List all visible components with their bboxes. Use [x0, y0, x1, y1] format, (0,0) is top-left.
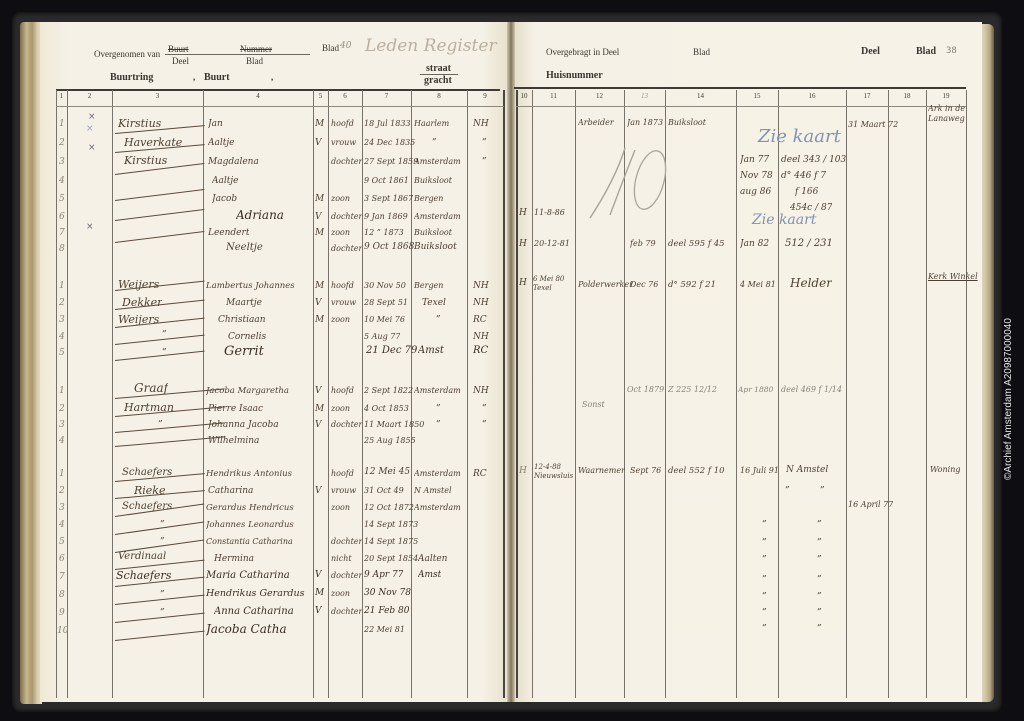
buurt-label-struck: Buurt: [168, 44, 189, 54]
col-line: [112, 90, 113, 698]
x-mark: ×: [88, 112, 96, 122]
birth-date: 14 Sept 1873: [364, 520, 418, 529]
row-number: 7: [59, 228, 65, 238]
birth-place: ”: [436, 404, 441, 414]
birth-date: 24 Dec 1835: [364, 138, 415, 147]
given-name: Maria Catharina: [206, 570, 290, 581]
ditto-mark: ”: [817, 608, 822, 618]
col-line: [67, 90, 68, 698]
religion: ”: [482, 157, 487, 167]
death-date: 16 April 77: [848, 500, 893, 509]
birth-date: 12 Mei 45: [364, 467, 410, 477]
status-code: H: [519, 239, 527, 249]
departure-date: 16 Juli 91: [740, 466, 779, 475]
row-number: 5: [59, 348, 65, 358]
relation: zoon: [331, 404, 350, 413]
col-line: [313, 90, 314, 698]
relation: dochter: [331, 537, 362, 546]
sex: M: [315, 119, 324, 129]
surname: ”: [162, 348, 167, 358]
col-line: [966, 90, 967, 698]
deel-label-right: Deel: [861, 46, 880, 57]
arrival-date: Sept 76: [630, 466, 661, 475]
given-name: Christiaan: [218, 315, 266, 325]
given-name: Hendrikus Antonius: [206, 469, 292, 479]
remarks: Woning: [930, 465, 960, 474]
ditto-mark: ”: [762, 555, 767, 565]
relation: hoofd: [331, 281, 354, 290]
row-number: 8: [59, 244, 65, 254]
birth-date: 9 Oct 1868: [364, 242, 414, 252]
departure-place: N Amstel: [786, 465, 828, 475]
col-num-6: 6: [328, 92, 362, 106]
relation: dochter: [331, 157, 362, 166]
row-number: 2: [59, 138, 65, 148]
religion: RC: [473, 315, 487, 325]
page-edges-left: [20, 22, 42, 704]
col-line: [888, 90, 889, 698]
col-num-16: 16: [778, 92, 846, 106]
header-divider: [165, 54, 310, 55]
religion: NH: [473, 332, 489, 342]
relation: dochter: [331, 607, 362, 616]
row-number: 8: [59, 590, 65, 600]
birth-date: 18 Jul 1833: [364, 119, 411, 128]
ditto-mark: ”: [762, 608, 767, 618]
given-name: Hermina: [214, 554, 254, 564]
blad-value: 40: [340, 41, 351, 51]
departure-ref: f 166: [795, 187, 818, 197]
zie-kaart-note: Zie kaart: [752, 212, 816, 228]
row-number: 1: [59, 469, 65, 479]
departure-date: Apr 1880: [738, 385, 773, 394]
col-line: [503, 90, 505, 698]
ditto-mark: ”: [817, 624, 822, 634]
col-num-14: 14: [665, 92, 736, 106]
ditto-mark: ”: [817, 592, 822, 602]
departure-date: aug 86: [740, 187, 771, 197]
birth-place: Amsterdam: [414, 386, 461, 395]
ditto-mark: ”: [817, 555, 822, 565]
sex: V: [315, 298, 322, 308]
relation: zoon: [331, 228, 350, 237]
row-number: 2: [59, 298, 65, 308]
row-number: 3: [59, 157, 65, 167]
ditto-mark: ”: [762, 624, 767, 634]
straat-label: straat: [426, 63, 451, 74]
birth-date: 2 Sept 1822: [364, 386, 413, 395]
sex: M: [315, 228, 324, 238]
relation: zoon: [331, 503, 350, 512]
occupation: Sonst: [582, 400, 605, 409]
birth-place: Aalten: [418, 554, 447, 564]
religion: NH: [473, 281, 489, 291]
col-line: [203, 90, 204, 698]
given-name: Jacoba Catha: [206, 622, 287, 636]
blad-label: Blad: [322, 43, 339, 53]
given-name: Jan: [208, 119, 223, 129]
sex: V: [315, 386, 322, 396]
given-name: Jacoba Margaretha: [206, 386, 289, 396]
birth-date: 11 Maart 1850: [364, 420, 424, 429]
birth-place: Amsterdam: [414, 469, 461, 478]
relation: vrouw: [331, 298, 356, 307]
x-mark: ×: [86, 222, 94, 232]
birth-place: Buiksloot: [414, 228, 452, 237]
sex: V: [315, 606, 322, 616]
col-num-18: 18: [888, 92, 926, 106]
birth-date: 3 Sept 1867: [364, 194, 413, 203]
col-line: [575, 90, 576, 698]
relation: dochter: [331, 571, 362, 580]
col-num-1: 1: [56, 92, 67, 106]
birth-date: 14 Sept 1875: [364, 537, 418, 546]
page-edges-right: [980, 24, 994, 702]
row-number: 4: [59, 520, 65, 530]
given-name: Lambertus Johannes: [206, 281, 295, 291]
birth-date: 9 Oct 1861: [364, 176, 409, 185]
status-date: 20-12-81: [534, 239, 570, 248]
col-line: [516, 90, 518, 698]
departure-date: Jan 77: [740, 155, 769, 165]
comma-1: ,: [193, 72, 195, 82]
birth-place: Amsterdam: [414, 212, 461, 221]
given-name: Pierre Isaac: [208, 404, 263, 414]
ditto-mark: ”: [817, 538, 822, 548]
birth-date: 27 Sept 1859: [364, 157, 418, 166]
ditto-mark: ”: [762, 538, 767, 548]
row-number: 4: [59, 332, 65, 342]
given-name: Magdalena: [208, 157, 259, 167]
status-date: 11-8-86: [534, 208, 565, 217]
x-mark: ×: [88, 143, 96, 153]
ditto-mark: ”: [762, 575, 767, 585]
remarks: Ark in de Lanaweg: [928, 104, 968, 124]
relation: hoofd: [331, 119, 354, 128]
surname: Kirstius: [124, 154, 167, 167]
birth-date: 9 Apr 77: [364, 570, 403, 580]
table-top-rule-left: [56, 89, 500, 91]
col-num-13: 13: [624, 92, 665, 106]
given-name: Hendrikus Gerardus: [206, 588, 305, 599]
given-name: Constantia Catharina: [206, 537, 293, 546]
departure-ref: d° 446 f 7: [781, 171, 826, 181]
birth-date: 28 Sept 51: [364, 298, 408, 307]
birth-date: 31 Oct 49: [364, 486, 404, 495]
birth-place: Haarlem: [414, 119, 449, 128]
arrival-ref: deel 595 f 45: [668, 239, 725, 249]
sex: M: [315, 194, 324, 204]
birth-date: 22 Mei 81: [364, 625, 405, 634]
row-number: 3: [59, 315, 65, 325]
birth-place: Bergen: [414, 281, 443, 290]
given-name: Adriana: [236, 208, 284, 222]
buurtring-label: Buurtring: [110, 72, 153, 83]
birth-place: ”: [432, 138, 437, 148]
birth-place: Amsterdam: [414, 157, 461, 166]
given-name: Johannes Leonardus: [206, 520, 294, 530]
overgenomen-van-label: Overgenomen van: [94, 49, 160, 59]
page-number: 38: [946, 46, 957, 56]
col-line: [736, 90, 737, 698]
occupation: Arbeider: [578, 118, 614, 127]
occupation: Polderwerker: [578, 280, 633, 289]
col-num-17: 17: [846, 92, 888, 106]
given-name: Gerardus Hendricus: [206, 503, 294, 513]
column-number-rule-right: [516, 106, 966, 107]
given-name: Aaltje: [212, 176, 238, 186]
arrival-ref: d° 592 f 21: [668, 280, 716, 290]
row-number: 1: [59, 386, 65, 396]
ditto-mark: ”: [762, 520, 767, 530]
status-date: 6 Mei 80 Texel: [533, 275, 575, 293]
ditto-mark: ”: [820, 486, 825, 496]
birth-date: 10 Mei 76: [364, 315, 405, 324]
sex: V: [315, 212, 322, 222]
overgebragt-in-deel-label: Overgebragt in Deel: [546, 47, 619, 57]
birth-date: 30 Nov 50: [364, 281, 406, 290]
row-number: 1: [59, 119, 65, 129]
row-number: 4: [59, 436, 65, 446]
birth-place: ”: [436, 420, 441, 430]
col-num-2: 2: [67, 92, 112, 106]
status-code: H: [519, 278, 527, 288]
col-line: [532, 90, 533, 698]
col-line: [467, 90, 468, 698]
col-num-9: 9: [467, 92, 503, 106]
relation: hoofd: [331, 469, 354, 478]
row-number: 10: [57, 626, 68, 636]
zie-kaart-note: Zie kaart: [758, 126, 841, 147]
row-number: 4: [59, 176, 65, 186]
given-name: Jacob: [212, 194, 237, 204]
given-name: Neeltje: [226, 242, 263, 253]
sex: V: [315, 420, 322, 430]
deel-label: Deel: [172, 56, 189, 66]
surname: Verdinaal: [118, 551, 166, 562]
ditto-mark: ”: [785, 486, 790, 496]
blad2-label-right: Blad: [916, 46, 936, 57]
birth-date: 12 Oct 1872: [364, 503, 414, 512]
birth-date: 25 Aug 1855: [364, 436, 416, 445]
nummer-label-struck: Nummer: [240, 44, 272, 54]
given-name: Aaltje: [208, 138, 234, 148]
death-date: 31 Maart 72: [848, 120, 898, 129]
given-name: Johanna Jacoba: [208, 420, 279, 430]
row-number: 9: [59, 608, 65, 618]
departure-place: Helder: [790, 276, 832, 290]
given-name: Catharina: [208, 486, 253, 496]
arrival-date: Dec 76: [630, 280, 658, 289]
relation: zoon: [331, 194, 350, 203]
religion: NH: [473, 386, 489, 396]
relation: dochter: [331, 212, 362, 221]
relation: dochter: [331, 420, 362, 429]
column-number-rule-left: [56, 106, 504, 107]
arrival-date: Jan 1873: [627, 118, 663, 127]
col-line: [926, 90, 927, 698]
col-num-8: 8: [411, 92, 467, 106]
religion: ”: [482, 420, 487, 430]
archive-watermark: ©Archief Amsterdam A20987000040: [1003, 460, 1014, 480]
given-name: Anna Catharina: [214, 606, 294, 617]
row-number: 2: [59, 404, 65, 414]
row-number: 5: [59, 194, 65, 204]
sex: V: [315, 486, 322, 496]
departure-date: Nov 78: [740, 171, 773, 181]
status-date: 12-4-88 Nieuwsluis: [534, 463, 576, 481]
birth-place: Amsterdam: [414, 503, 461, 512]
departure-ref: deel 469 f 1/14: [781, 385, 842, 394]
birth-date: 4 Oct 1853: [364, 404, 409, 413]
row-number: 6: [59, 554, 65, 564]
status-code: H: [519, 466, 527, 476]
birth-place: Buiksloot: [414, 242, 457, 252]
row-number: 3: [59, 420, 65, 430]
ditto-mark: ”: [817, 520, 822, 530]
row-number: 2: [59, 486, 65, 496]
col-num-11: 11: [532, 92, 575, 106]
birth-date: 21 Feb 80: [364, 606, 409, 616]
birth-place: ”: [436, 315, 441, 325]
departure-date: Jan 82: [740, 239, 769, 249]
col-num-3: 3: [112, 92, 203, 106]
col-num-12: 12: [575, 92, 624, 106]
row-number: 5: [59, 537, 65, 547]
col-line: [328, 90, 329, 698]
departure-ref: 512 / 231: [785, 238, 833, 249]
flourish-mark: [580, 140, 680, 220]
birth-date: 21 Dec 79: [366, 345, 417, 356]
religion: RC: [473, 345, 488, 356]
birth-date: 12 ” 1873: [364, 228, 404, 237]
surname: Kirstius: [118, 117, 161, 130]
relation: nicht: [331, 554, 352, 563]
sex: M: [315, 588, 324, 598]
religion: ”: [482, 138, 487, 148]
religion: NH: [473, 298, 489, 308]
arrival-from: Buiksloot: [668, 118, 706, 127]
status-code: H: [519, 208, 527, 218]
blad-label-right: Blad: [693, 47, 710, 57]
birth-date: 9 Jan 1869: [364, 212, 408, 221]
given-name: Leendert: [208, 228, 249, 238]
birth-place: Amst: [418, 345, 444, 356]
col-num-10: 10: [516, 92, 532, 106]
given-name: Cornelis: [228, 332, 266, 342]
gracht-label: gracht: [424, 75, 452, 86]
relation: zoon: [331, 315, 350, 324]
sex: M: [315, 315, 324, 325]
ditto-mark: ”: [817, 575, 822, 585]
departure-date: 4 Mei 81: [740, 280, 776, 289]
col-num-7: 7: [362, 92, 411, 106]
arrival-date: Oct 1879: [627, 385, 664, 394]
departure-ref: deel 343 / 103: [781, 155, 846, 165]
col-line: [778, 90, 779, 698]
col-line: [846, 90, 847, 698]
sex: V: [315, 570, 322, 580]
col-num-5: 5: [313, 92, 328, 106]
ditto-mark: ”: [762, 592, 767, 602]
register-name-handwritten: Leden Register: [365, 36, 497, 56]
relation: vrouw: [331, 138, 356, 147]
arrival-date: feb 79: [630, 239, 656, 248]
relation: dochter: [331, 244, 362, 253]
relation: zoon: [331, 589, 350, 598]
arrival-ref: Z 225 12/12: [668, 385, 717, 394]
relation: hoofd: [331, 386, 354, 395]
birth-place: N Amstel: [414, 486, 452, 495]
birth-date: 30 Nov 78: [364, 588, 411, 598]
sex: V: [315, 138, 322, 148]
row-number: 6: [59, 212, 65, 222]
x-mark-blue: ×: [86, 124, 94, 134]
blad-under-label: Blad: [246, 56, 263, 66]
row-number: 1: [59, 281, 65, 291]
birth-place: Bergen: [414, 194, 443, 203]
comma-2: ,: [271, 72, 273, 82]
religion: RC: [473, 469, 487, 479]
birth-place: Amst: [418, 570, 441, 580]
row-number: 7: [59, 572, 65, 582]
relation: vrouw: [331, 486, 356, 495]
religion: NH: [473, 119, 489, 129]
sex: M: [315, 281, 324, 291]
occupation: Waarnemer: [578, 466, 625, 475]
buurt-label: Buurt: [204, 72, 230, 83]
book-gutter: [507, 22, 515, 702]
given-name: Gerrit: [224, 344, 264, 359]
arrival-ref: deel 552 f 10: [668, 466, 725, 476]
col-num-4: 4: [203, 92, 313, 106]
row-number: 3: [59, 503, 65, 513]
huisnummer-label: Huisnummer: [546, 70, 603, 81]
remarks: Kerk Winkel: [928, 272, 978, 281]
col-num-15: 15: [736, 92, 778, 106]
religion: ”: [482, 404, 487, 414]
birth-date: 5 Aug 77: [364, 332, 400, 341]
col-line: [56, 90, 57, 698]
table-top-rule-right: [514, 87, 966, 89]
birth-place: Texel: [422, 298, 446, 308]
birth-place: Buiksloot: [414, 176, 452, 185]
sex: M: [315, 404, 324, 414]
given-name: Maartje: [226, 298, 262, 308]
birth-date: 20 Sept 1854: [364, 554, 418, 563]
